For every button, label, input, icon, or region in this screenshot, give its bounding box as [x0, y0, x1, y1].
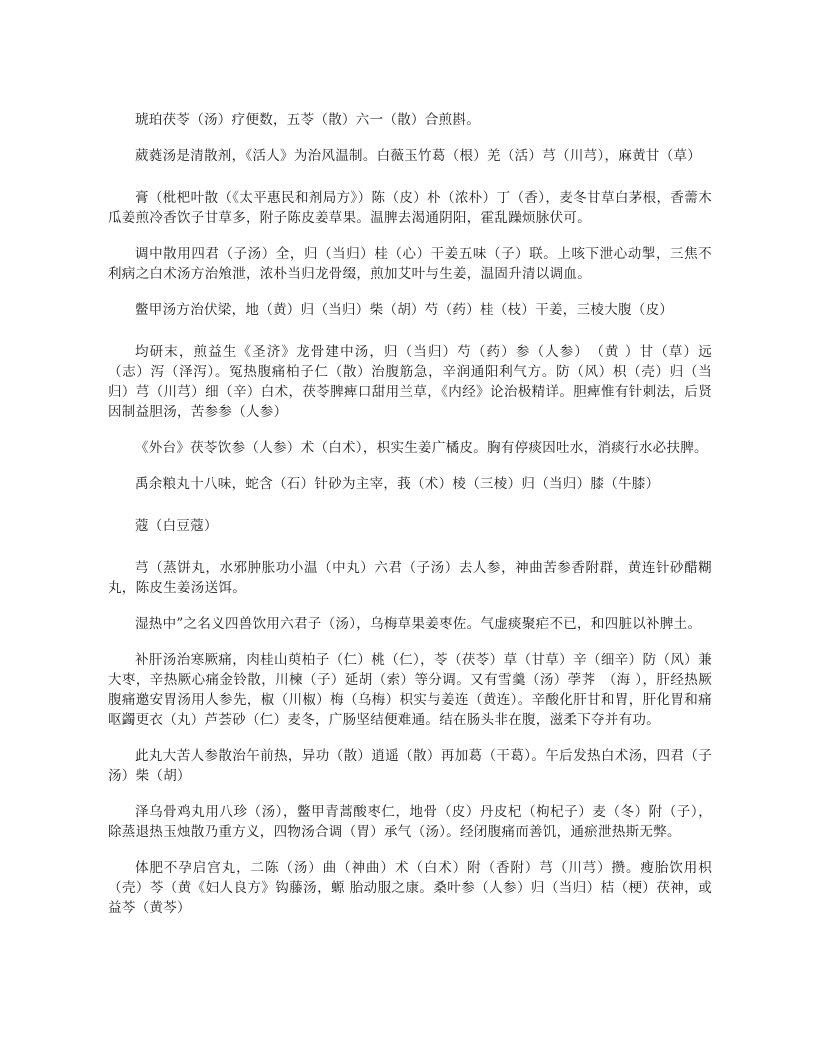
paragraph-weirui-decoction: 葳蕤汤是清散剂，《活人》为治风温制。白薇玉竹葛（根）羌（活）芎（川芎），麻黄甘（… [108, 146, 712, 166]
paragraph-steamed-cake-pill: 芎（蒸饼丸，水邪肿胀功小温（中丸）六君（子汤）去人参，神曲苦参香附群，黄连针砂醋… [108, 558, 712, 598]
paragraph-bugan-decoction: 补肝汤治寒厥痛，肉桂山萸柏子（仁）桃（仁），苓（茯苓）草（甘草）辛（细辛）防（风… [108, 650, 712, 730]
paragraph-ginseng-powder: 此丸大苦人参散治午前热，异功（散）逍遥（散）再加葛（干葛）。午后发热白术汤，四君… [108, 746, 712, 786]
paragraph-amber-poria: 琥珀茯苓（汤）疗便数，五苓（散）六一（散）合煎斟。 [108, 110, 712, 130]
document-page: 琥珀茯苓（汤）疗便数，五苓（散）六一（散）合煎斟。 葳蕤汤是清散剂，《活人》为治… [108, 110, 712, 934]
paragraph-longgu-jianzhong: 均研末，煎益生《圣济》龙骨建中汤，归（当归）芍（药）参（人参） （黄 ）甘（草）… [108, 342, 712, 422]
paragraph-baidoukou: 蔻（白豆蔻） [108, 516, 712, 536]
paragraph-tiaozhong-powder: 调中散用四君（子汤）全，归（当归）桂（心）干姜五味（子）联。上咳下泄心动掣，三焦… [108, 244, 712, 284]
paragraph-loquat-leaf-powder: 膏（枇杷叶散（《太平惠民和剂局方》）陈（皮）朴（浓朴）丁（香），麦冬甘草白茅根，… [108, 188, 712, 228]
paragraph-biejia-decoction: 鳖甲汤方治伏梁，地（黄）归（当归）柴（胡）芍（药）桂（枝）干姜，三棱大腹（皮） [108, 300, 712, 320]
paragraph-yuyuliang-pill: 禹余粮丸十八味，蛇含（石）针砂为主宰，莪（术）棱（三棱）归（当归）膝（牛膝） [108, 474, 712, 494]
paragraph-waitai-poria-drink: 《外台》茯苓饮参（人参）术（白术），枳实生姜广橘皮。胸有停痰因吐水，消痰行水必扶… [108, 438, 712, 458]
paragraph-sishou-drink: 湿热中”之名义四兽饮用六君子（汤），乌梅草果姜枣佐。气虚痰聚疟不已，和四脏以补脾… [108, 614, 712, 634]
paragraph-qigong-pill: 体肥不孕启宫丸，二陈（汤）曲（神曲）术（白术）附（香附）芎（川芎）攒。瘦胎饮用枳… [108, 858, 712, 918]
paragraph-wuji-pill: 泽乌骨鸡丸用八珍（汤），鳖甲青蒿酸枣仁，地骨（皮）丹皮杞（枸杞子）麦（冬）附（子… [108, 802, 712, 842]
